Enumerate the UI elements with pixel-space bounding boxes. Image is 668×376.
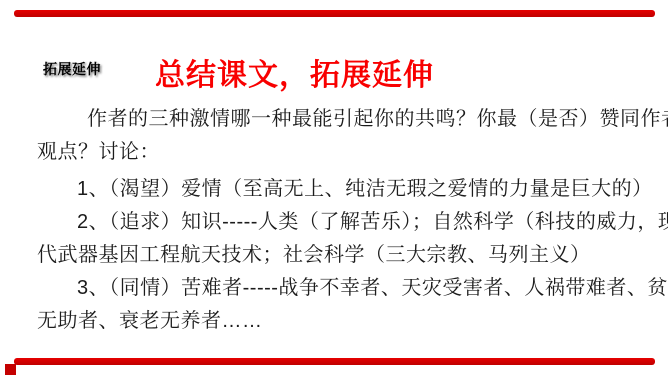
bottom-left-corner-block (5, 364, 16, 375)
slide-body: 作者的三种激情哪一种最能引起你的共鸣？你最（是否）赞同作者的哪一 观点？讨论： … (37, 103, 637, 338)
presentation-slide: 拓展延伸 总结课文，拓展延伸 作者的三种激情哪一种最能引起你的共鸣？你最（是否）… (0, 0, 668, 376)
section-tag: 拓展延伸 (43, 59, 101, 79)
body-line: 观点？讨论： (37, 136, 637, 169)
slide-title: 总结课文，拓展延伸 (155, 50, 434, 94)
list-item-line: 代武器基因工程航天技术；社会科学（三大宗教、马列主义） (37, 239, 637, 272)
list-item-line: 2、（追求）知识-----人类（了解苦乐）；自然科学（科技的威力，现 (37, 206, 637, 239)
list-item-line: 1、（渴望）爱情（至高无上、纯洁无瑕之爱情的力量是巨大的） (37, 173, 637, 206)
list-item-line: 无助者、衰老无养者…… (37, 305, 637, 338)
body-line: 作者的三种激情哪一种最能引起你的共鸣？你最（是否）赞同作者的哪一 (37, 103, 637, 136)
top-accent-bar (14, 10, 655, 17)
list-item-line: 3、（同情）苦难者-----战争不幸者、天灾受害者、人祸带难者、贫困 (37, 272, 637, 305)
bottom-accent-bar (14, 358, 655, 365)
